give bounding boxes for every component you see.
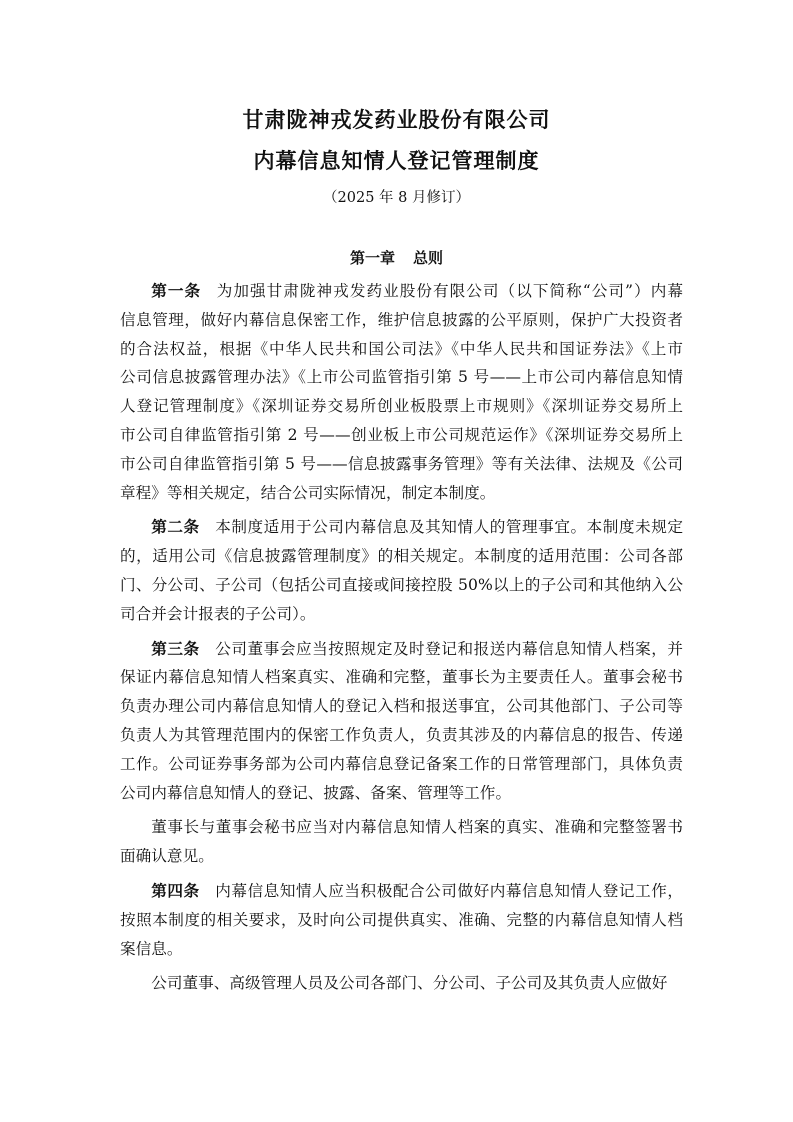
line-text: 负责人为其管理范围内的保密工作负责人，负责其涉及的内幕信息的报告、传递: [120, 726, 683, 744]
text-line: 司合并会计报表的子公司）。: [120, 600, 683, 629]
revision-note: （2025 年 8 月修订）: [0, 186, 793, 207]
text-line: 市公司自律监管指引第 2 号——创业板上市公司规范运作》《深圳证券交易所上: [120, 421, 683, 450]
line-text: 章程》等相关规定，结合公司实际情况，制定本制度。: [120, 484, 495, 502]
line-text: 董事长与董事会秘书应当对内幕信息知情人档案的真实、准确和完整签署书: [151, 818, 683, 836]
document-page: 甘肃陇神戎发药业股份有限公司 内幕信息知情人登记管理制度 （2025 年 8 月…: [0, 0, 793, 1122]
line-text: 内幕信息知情人应当积极配合公司做好内幕信息知情人登记工作，: [215, 882, 683, 900]
text-line: 章程》等相关规定，结合公司实际情况，制定本制度。: [120, 479, 683, 508]
paragraph: 董事长与董事会秘书应当对内幕信息知情人档案的真实、准确和完整签署书面确认意见。: [120, 813, 683, 871]
line-text: 公司内幕信息知情人的登记、披露、备案、管理等工作。: [120, 784, 511, 802]
text-line: 第四条内幕信息知情人应当积极配合公司做好内幕信息知情人登记工作，: [120, 877, 683, 906]
article-number: 第三条: [151, 640, 199, 658]
article-paragraph: 第二条本制度适用于公司内幕信息及其知情人的管理事宜。本制度未规定的，适用公司《信…: [120, 513, 683, 628]
line-text: 司合并会计报表的子公司）。: [120, 605, 316, 623]
text-line: 市公司自律监管指引第 5 号——信息披露事务管理》等有关法律、法规及《公司: [120, 450, 683, 479]
article-number: 第四条: [151, 882, 199, 900]
line-text: 的，适用公司《信息披露管理制度》的相关规定。本制度的适用范围：公司各部: [120, 547, 683, 565]
text-line: 的，适用公司《信息披露管理制度》的相关规定。本制度的适用范围：公司各部: [120, 542, 683, 571]
text-line: 门、分公司、子公司（包括公司直接或间接控股 50%以上的子公司和其他纳入公: [120, 571, 683, 600]
line-text: 公司董事、高级管理人员及公司各部门、分公司、子公司及其负责人应做好: [151, 974, 667, 992]
line-text: 保证内幕信息知情人档案真实、准确和完整，董事长为主要责任人。董事会秘书: [120, 668, 683, 686]
text-line: 工作。公司证券事务部为公司内幕信息登记备案工作的日常管理部门，具体负责: [120, 750, 683, 779]
line-text: 门、分公司、子公司（包括公司直接或间接控股 50%以上的子公司和其他纳入公: [120, 576, 683, 594]
text-line: 按照本制度的相关要求，及时向公司提供真实、准确、完整的内幕信息知情人档: [120, 906, 683, 935]
line-text: 工作。公司证券事务部为公司内幕信息登记备案工作的日常管理部门，具体负责: [120, 755, 683, 773]
line-text: 的合法权益，根据《中华人民共和国公司法》《中华人民共和国证券法》《上市: [120, 340, 683, 358]
text-line: 公司董事、高级管理人员及公司各部门、分公司、子公司及其负责人应做好: [120, 969, 683, 998]
article-paragraph: 第一条为加强甘肃陇神戎发药业股份有限公司（以下简称“公司”）内幕信息管理，做好内…: [120, 277, 683, 507]
chapter-heading: 第一章总则: [0, 247, 793, 268]
text-line: 案信息。: [120, 935, 683, 964]
line-text: 按照本制度的相关要求，及时向公司提供真实、准确、完整的内幕信息知情人档: [120, 911, 683, 929]
line-text: 为加强甘肃陇神戎发药业股份有限公司（以下简称“公司”）内幕: [217, 282, 683, 300]
text-line: 第二条本制度适用于公司内幕信息及其知情人的管理事宜。本制度未规定: [120, 513, 683, 542]
text-line: 信息管理，做好内幕信息保密工作，维护信息披露的公平原则，保护广大投资者: [120, 306, 683, 335]
line-text: 案信息。: [120, 940, 183, 958]
text-line: 面确认意见。: [120, 842, 683, 871]
line-text: 公司信息披露管理办法》《上市公司监管指引第 5 号——上市公司内幕信息知情: [120, 368, 683, 386]
text-line: 第一条为加强甘肃陇神戎发药业股份有限公司（以下简称“公司”）内幕: [120, 277, 683, 306]
line-text: 市公司自律监管指引第 2 号——创业板上市公司规范运作》《深圳证券交易所上: [120, 426, 683, 444]
text-line: 保证内幕信息知情人档案真实、准确和完整，董事长为主要责任人。董事会秘书: [120, 663, 683, 692]
line-text: 市公司自律监管指引第 5 号——信息披露事务管理》等有关法律、法规及《公司: [120, 455, 683, 473]
line-text: 信息管理，做好内幕信息保密工作，维护信息披露的公平原则，保护广大投资者: [120, 311, 683, 329]
text-line: 人登记管理制度》《深圳证券交易所创业板股票上市规则》《深圳证券交易所上: [120, 392, 683, 421]
chapter-number: 第一章: [350, 249, 395, 267]
line-text: 人登记管理制度》《深圳证券交易所创业板股票上市规则》《深圳证券交易所上: [120, 397, 683, 415]
article-number: 第一条: [151, 282, 201, 300]
line-text: 本制度适用于公司内幕信息及其知情人的管理事宜。本制度未规定: [215, 518, 683, 536]
line-text: 公司董事会应当按照规定及时登记和报送内幕信息知情人档案，并: [215, 640, 683, 658]
article-paragraph: 第四条内幕信息知情人应当积极配合公司做好内幕信息知情人登记工作，按照本制度的相关…: [120, 877, 683, 963]
line-text: 负责办理公司内幕信息知情人的登记入档和报送事宜，公司其他部门、子公司等: [120, 697, 683, 715]
text-line: 董事长与董事会秘书应当对内幕信息知情人档案的真实、准确和完整签署书: [120, 813, 683, 842]
document-body: 第一条为加强甘肃陇神戎发药业股份有限公司（以下简称“公司”）内幕信息管理，做好内…: [120, 277, 683, 998]
article-number: 第二条: [151, 518, 199, 536]
text-line: 公司信息披露管理办法》《上市公司监管指引第 5 号——上市公司内幕信息知情: [120, 363, 683, 392]
paragraph: 公司董事、高级管理人员及公司各部门、分公司、子公司及其负责人应做好: [120, 969, 683, 998]
text-line: 的合法权益，根据《中华人民共和国公司法》《中华人民共和国证券法》《上市: [120, 335, 683, 364]
company-title: 甘肃陇神戎发药业股份有限公司: [0, 104, 793, 134]
document-title: 内幕信息知情人登记管理制度: [0, 145, 793, 175]
text-line: 负责人为其管理范围内的保密工作负责人，负责其涉及的内幕信息的报告、传递: [120, 721, 683, 750]
article-paragraph: 第三条公司董事会应当按照规定及时登记和报送内幕信息知情人档案，并保证内幕信息知情…: [120, 635, 683, 808]
text-line: 第三条公司董事会应当按照规定及时登记和报送内幕信息知情人档案，并: [120, 635, 683, 664]
chapter-name: 总则: [413, 249, 443, 267]
text-line: 公司内幕信息知情人的登记、披露、备案、管理等工作。: [120, 779, 683, 808]
line-text: 面确认意见。: [120, 847, 214, 865]
text-line: 负责办理公司内幕信息知情人的登记入档和报送事宜，公司其他部门、子公司等: [120, 692, 683, 721]
